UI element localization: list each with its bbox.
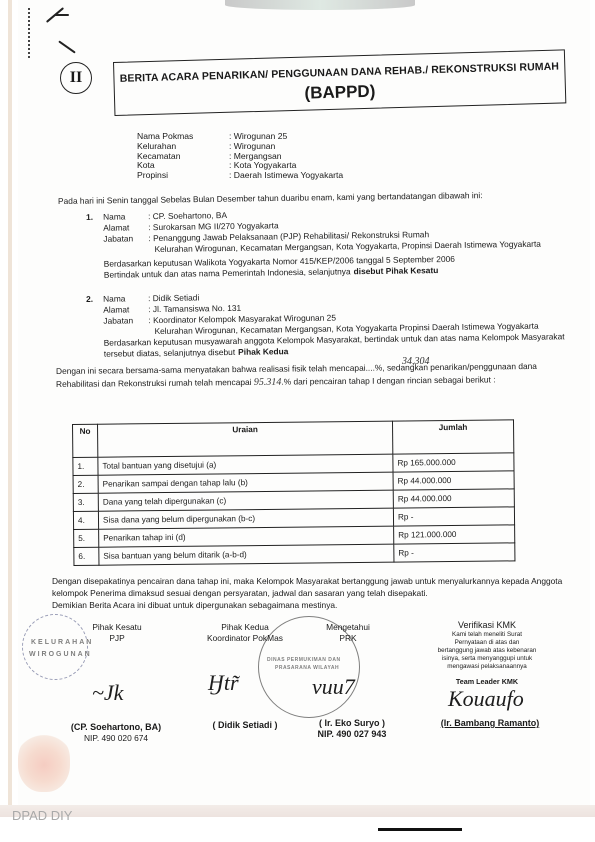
signature-party-one-name: (CP. Soehartono, BA) NIP. 490 020 674 <box>56 722 176 743</box>
party-designation: Pihak Kedua <box>238 346 288 358</box>
party-name: : Didik Setiadi <box>148 292 199 304</box>
signature-party-two: Pihak Kedua Koordinator PokMas <box>190 622 300 643</box>
archive-watermark: DPAD DIY <box>12 808 72 823</box>
closing-line-3: Demikian Berita Acara ini dibuat untuk d… <box>52 600 337 610</box>
scan-shadow <box>225 0 415 10</box>
paper-edge <box>8 0 12 815</box>
party-two-block: 2.Nama: Didik Setiadi Alamat: Jl. Tamans… <box>86 287 565 360</box>
signature-party-one: Pihak Kesatu PJP <box>82 622 152 643</box>
handwritten-signature: Kouaufo <box>448 686 524 712</box>
pen-mark <box>55 14 69 16</box>
scan-artifact-bar <box>378 828 462 831</box>
field-label: Nama <box>103 293 148 305</box>
signature-role: Pihak Kedua <box>190 622 300 633</box>
party-one-block: 1.Nama: CP. Soehartono, BA Alamat: Surok… <box>86 206 541 281</box>
header-no: No <box>73 424 98 457</box>
handwritten-signature: ~Jk <box>92 680 123 706</box>
signatory-name: ( Didik Setiadi ) <box>190 720 300 731</box>
signature-title: PJP <box>82 633 152 644</box>
field-label: Nama <box>103 211 148 223</box>
info-value: : Daerah Istimewa Yogyakarta <box>229 171 343 181</box>
party-designation: disebut Pihak Kesatu <box>354 265 439 277</box>
handwritten-funds-percent: 95.314 <box>254 377 282 388</box>
signature-title: Koordinator PokMas <box>190 633 300 644</box>
signature-role: Pihak Kesatu <box>82 622 152 633</box>
header-description: Uraian <box>98 421 393 457</box>
closing-line-1: Dengan disepakatinya pencairan dana taha… <box>52 576 562 586</box>
verification-text: Kami telah meneliti Surat <box>412 631 562 639</box>
signature-acknowledged-name: ( Ir. Eko Suryo ) NIP. 490 027 943 <box>302 718 402 739</box>
signatory-nip: NIP. 490 020 674 <box>56 733 176 744</box>
signature-role: Mengetahui <box>308 622 388 633</box>
signatory-nip: NIP. 490 027 943 <box>302 729 402 740</box>
signature-title: PRK <box>308 633 388 644</box>
page-fold <box>0 805 595 817</box>
info-label: Propinsi <box>137 171 229 181</box>
verification-text: mengawasi pelaksanaannya <box>412 663 562 671</box>
kelurahan-stamp: KELURAHAN WIROGUNAN <box>22 614 88 680</box>
verification-block: Verifikasi KMK Kami telah meneliti Surat… <box>412 620 562 687</box>
signatory-name: ( Ir. Eko Suryo ) <box>302 718 402 729</box>
party-number: 2. <box>86 294 103 305</box>
header-amount: Jumlah <box>392 420 513 454</box>
verification-text: isinya, serta menyanggupi untuk <box>412 655 562 663</box>
signature-party-two-name: ( Didik Setiadi ) <box>190 720 300 731</box>
party-number: 1. <box>86 212 103 223</box>
field-label: Jabatan <box>103 233 148 245</box>
field-label: Alamat <box>103 304 148 316</box>
party-acting: tersebut diatas, selanjutnya disebut <box>104 347 235 360</box>
pokmas-info: Nama Pokmas: Wirogunan 25 Kelurahan: Wir… <box>137 132 343 181</box>
field-label: Alamat <box>103 222 148 234</box>
verification-text: bertanggung jawab atas kebenaran <box>412 647 562 655</box>
section-number-badge: II <box>60 62 92 94</box>
verification-text: Pernyataan di atas dan <box>412 639 562 647</box>
handwritten-signature: Ӈtr̃ <box>208 670 239 696</box>
verification-title: Verifikasi KMK <box>412 620 562 631</box>
handwritten-signature: vuu7 <box>312 674 355 700</box>
table-header-row: No Uraian Jumlah <box>73 420 514 458</box>
closing-line-2: kelompok Penerima dimaksud sesuai dengan… <box>52 588 428 598</box>
signature-acknowledged: Mengetahui PRK <box>308 622 388 643</box>
statement-text: .% dari pencairan tahap I dengan rincian… <box>281 374 495 386</box>
statement-text: Rehabilitasi dan Rekonstruksi rumah tela… <box>56 377 254 389</box>
field-label: Jabatan <box>103 315 148 327</box>
signatory-name: (Ir. Bambang Ramanto) <box>420 718 560 729</box>
statement-text: ....%, sedangkan penarikan/penggunaan da… <box>366 361 537 373</box>
fund-breakdown-table: No Uraian Jumlah 1.Total bantuan yang di… <box>72 419 515 566</box>
verification-name: (Ir. Bambang Ramanto) <box>420 718 560 729</box>
margin-dash-line <box>28 8 31 58</box>
signatory-name: (CP. Soehartono, BA) <box>56 722 176 733</box>
